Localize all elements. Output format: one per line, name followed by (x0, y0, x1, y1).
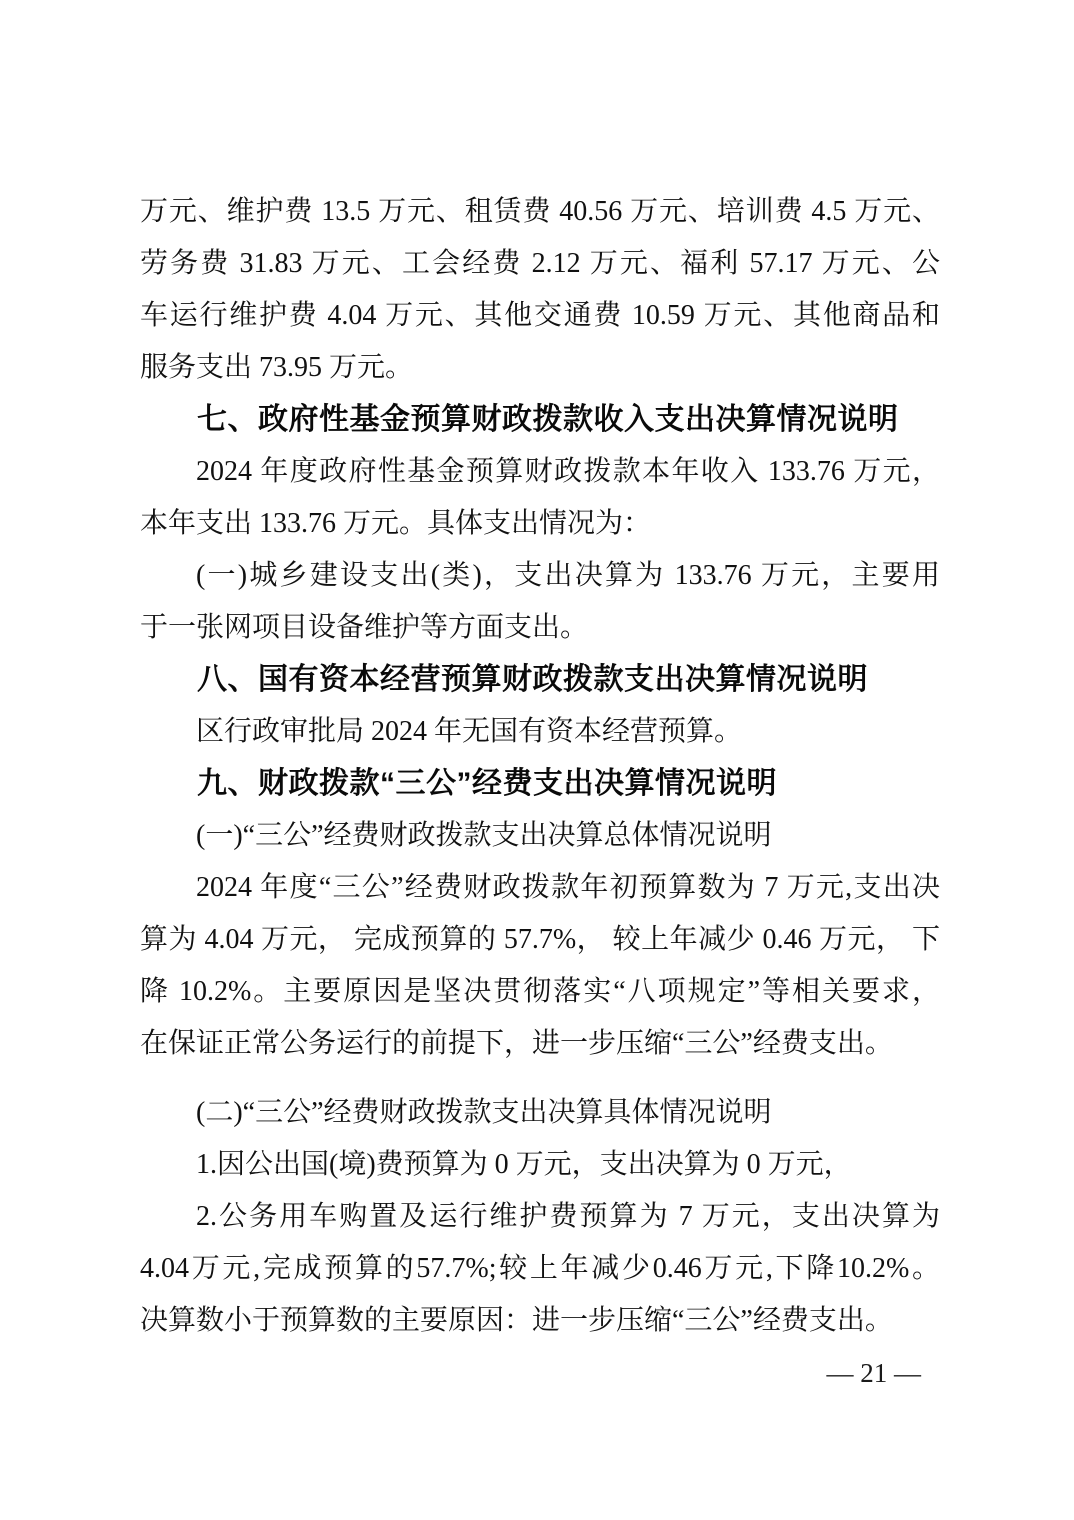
text-line: 车运行维护费 4.04 万元、其他交通费 10.59 万元、其他商品和 (140, 290, 940, 342)
paragraph-urban-rural-construction: (一)城乡建设支出(类)，支出决算为 133.76 万元，主要用 于一张网项目设… (140, 550, 940, 654)
text-line: 2.公务用车购置及运行维护费预算为 7 万元，支出决算为 (140, 1191, 940, 1243)
paragraph-goods-services-expense-breakdown: 万元、维护费 13.5 万元、租赁费 40.56 万元、培训费 4.5 万元、 … (140, 186, 940, 394)
section-heading-8-state-capital-budget: 八、国有资本经营预算财政拨款支出决算情况说明 (140, 654, 940, 706)
page-number: — 21 — (0, 1350, 921, 1396)
document-page: 万元、维护费 13.5 万元、租赁费 40.56 万元、培训费 4.5 万元、 … (0, 0, 1074, 1520)
text-line: 算为 4.04 万元， 完成预算的 57.7%， 较上年减少 0.46 万元， … (140, 914, 940, 966)
text-line: 在保证正常公务运行的前提下，进一步压缩“三公”经费支出。 (140, 1018, 940, 1070)
text-line: 决算数小于预算数的主要原因：进一步压缩“三公”经费支出。 (140, 1295, 940, 1347)
text-line: 服务支出 73.95 万元。 (140, 342, 940, 394)
text-line: 区行政审批局 2024 年无国有资本经营预算。 (140, 706, 940, 758)
text-line: (二)“三公”经费财政拨款支出决算具体情况说明 (140, 1087, 940, 1139)
text-line: 于一张网项目设备维护等方面支出。 (140, 602, 940, 654)
text-line: 2024 年度政府性基金预算财政拨款本年收入 133.76 万元， (140, 446, 940, 498)
text-line: 4.04万元,完成预算的57.7%;较上年减少0.46万元,下降10.2%。 (140, 1243, 940, 1295)
paragraph-official-vehicle-expense: 2.公务用车购置及运行维护费预算为 7 万元，支出决算为 4.04万元,完成预算… (140, 1191, 940, 1347)
paragraph-no-state-capital-budget: 区行政审批局 2024 年无国有资本经营预算。 (140, 706, 940, 758)
text-line: (一)城乡建设支出(类)，支出决算为 133.76 万元，主要用 (140, 550, 940, 602)
text-line: 本年支出 133.76 万元。具体支出情况为： (140, 498, 940, 550)
document-content: 万元、维护费 13.5 万元、租赁费 40.56 万元、培训费 4.5 万元、 … (140, 186, 940, 1347)
section-heading-7-gov-fund-budget: 七、政府性基金预算财政拨款收入支出决算情况说明 (140, 394, 940, 446)
paragraph-overseas-travel-expense: 1.因公出国(境)费预算为 0 万元，支出决算为 0 万元， (140, 1139, 940, 1191)
section-heading-9-three-public-funds: 九、财政拨款“三公”经费支出决算情况说明 (140, 758, 940, 810)
subheading-three-public-specific: (二)“三公”经费财政拨款支出决算具体情况说明 (140, 1087, 940, 1139)
text-line: 2024 年度“三公”经费财政拨款年初预算数为 7 万元,支出决 (140, 862, 940, 914)
text-line: 1.因公出国(境)费预算为 0 万元，支出决算为 0 万元， (140, 1139, 940, 1191)
text-line: 劳务费 31.83 万元、工会经费 2.12 万元、福利 57.17 万元、公 (140, 238, 940, 290)
subheading-three-public-overall: (一)“三公”经费财政拨款支出决算总体情况说明 (140, 810, 940, 862)
text-line: 降 10.2%。主要原因是坚决贯彻落实“八项规定”等相关要求， (140, 966, 940, 1018)
text-line: 万元、维护费 13.5 万元、租赁费 40.56 万元、培训费 4.5 万元、 (140, 186, 940, 238)
paragraph-gov-fund-income-expense: 2024 年度政府性基金预算财政拨款本年收入 133.76 万元， 本年支出 1… (140, 446, 940, 550)
text-line: (一)“三公”经费财政拨款支出决算总体情况说明 (140, 810, 940, 862)
paragraph-three-public-overall-detail: 2024 年度“三公”经费财政拨款年初预算数为 7 万元,支出决 算为 4.04… (140, 862, 940, 1070)
